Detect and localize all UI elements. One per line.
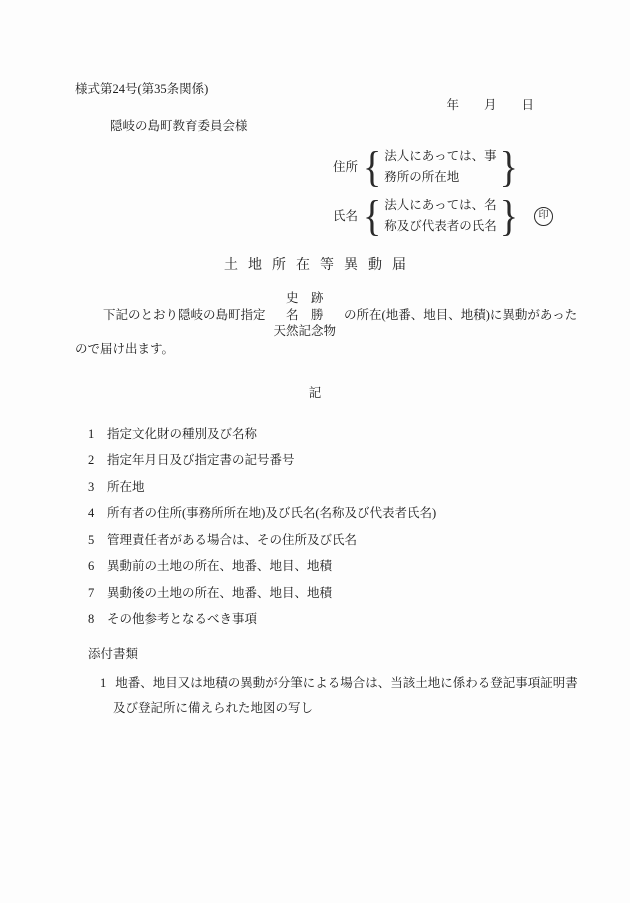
seal-character: 印 (539, 211, 549, 221)
name-note-line1: 法人にあっては、名 (384, 195, 497, 216)
item-text: 指定文化財の種別及び名称 (107, 426, 257, 442)
document-title: 土地所在等異動届 (0, 258, 630, 274)
address-label: 住所 (333, 159, 358, 175)
document-page: 様式第24号(第35条関係) 年 月 日 隠岐の島町教育委員会様 住所 { 法人… (0, 0, 630, 903)
name-note: 法人にあっては、名 称及び代表者の氏名 (384, 195, 497, 237)
address-note: 法人にあっては、事 務所の所在地 (384, 146, 496, 188)
list-item: 1 指定文化財の種別及び名称 (88, 426, 630, 442)
item-text: 異動後の土地の所在、地番、地目、地積 (107, 585, 332, 601)
list-item: 4 所有者の住所(事務所所在地)及び氏名(名称及び代表者氏名) (88, 505, 630, 521)
right-brace: } (500, 145, 518, 189)
sender-address-block: 住所 { 法人にあっては、事 務所の所在地 } (333, 146, 630, 188)
option-shiseki: 史 跡 (286, 290, 324, 307)
ki-header: 記 (0, 385, 630, 401)
list-item: 3 所在地 (88, 479, 630, 495)
list-item: 2 指定年月日及び指定書の記号番号 (88, 452, 630, 468)
item-text: 所有者の住所(事務所所在地)及び氏名(名称及び代表者氏名) (107, 505, 436, 521)
item-list: 1 指定文化財の種別及び名称 2 指定年月日及び指定書の記号番号 3 所在地 4… (88, 426, 630, 628)
intro-before-text: 下記のとおり隠岐の島町指定 (103, 307, 266, 323)
item-number: 6 (88, 558, 107, 574)
name-label: 氏名 (333, 208, 358, 224)
item-number: 7 (88, 585, 107, 601)
item-number: 1 (88, 426, 107, 442)
attachment-text-line2: 及び登記所に備えられた地図の写し (113, 696, 630, 721)
list-item: 8 その他参考となるべき事項 (88, 611, 630, 627)
attachment-line1: 1 地番、地目又は地積の異動が分筆による場合は、当該土地に係わる登記事項証明書 (100, 671, 630, 696)
item-text: 管理責任者がある場合は、その住所及び氏名 (107, 532, 357, 548)
body-paragraph: 下記のとおり隠岐の島町指定 史 跡 名 勝 天然記念物 の所在(地番、地目、地積… (103, 290, 630, 340)
left-brace: { (363, 145, 381, 189)
left-brace: { (363, 194, 381, 238)
item-number: 4 (88, 505, 107, 521)
option-meisho: 名 勝 (286, 307, 324, 324)
attachments-header: 添付書類 (88, 646, 630, 662)
item-text: 所在地 (107, 479, 145, 495)
list-item: 6 異動前の土地の所在、地番、地目、地積 (88, 558, 630, 574)
addressee: 隠岐の島町教育委員会様 (110, 118, 630, 134)
attachment-number: 1 (100, 671, 106, 696)
attachment-text-line1: 地番、地目又は地積の異動が分筆による場合は、当該土地に係わる登記事項証明書 (115, 671, 578, 696)
item-number: 8 (88, 611, 107, 627)
item-text: 指定年月日及び指定書の記号番号 (107, 452, 295, 468)
item-number: 5 (88, 532, 107, 548)
address-note-line2: 務所の所在地 (384, 167, 496, 188)
designation-options: 史 跡 名 勝 天然記念物 (274, 290, 337, 340)
attachments-section: 添付書類 1 地番、地目又は地積の異動が分筆による場合は、当該土地に係わる登記事… (88, 646, 630, 721)
list-item: 5 管理責任者がある場合は、その住所及び氏名 (88, 532, 630, 548)
item-text: その他参考となるべき事項 (107, 611, 257, 627)
list-item: 7 異動後の土地の所在、地番、地目、地積 (88, 585, 630, 601)
item-text: 異動前の土地の所在、地番、地目、地積 (107, 558, 332, 574)
sender-name-block: 氏名 { 法人にあっては、名 称及び代表者の氏名 } 印 (333, 195, 630, 237)
option-tennen-kinenbutsu: 天然記念物 (274, 323, 337, 340)
right-brace: } (500, 194, 518, 238)
seal-icon: 印 (534, 207, 553, 226)
address-note-line1: 法人にあっては、事 (384, 146, 496, 167)
attachment-item: 1 地番、地目又は地積の異動が分筆による場合は、当該土地に係わる登記事項証明書 … (100, 671, 630, 721)
form-number: 様式第24号(第35条関係) (75, 81, 630, 97)
intro-after-text: の所在(地番、地目、地積)に異動があった (344, 307, 577, 323)
item-number: 2 (88, 452, 107, 468)
name-note-line2: 称及び代表者の氏名 (384, 216, 497, 237)
item-number: 3 (88, 479, 107, 495)
date-line: 年 月 日 (0, 97, 630, 113)
closing-line: ので届け出ます。 (75, 341, 630, 357)
